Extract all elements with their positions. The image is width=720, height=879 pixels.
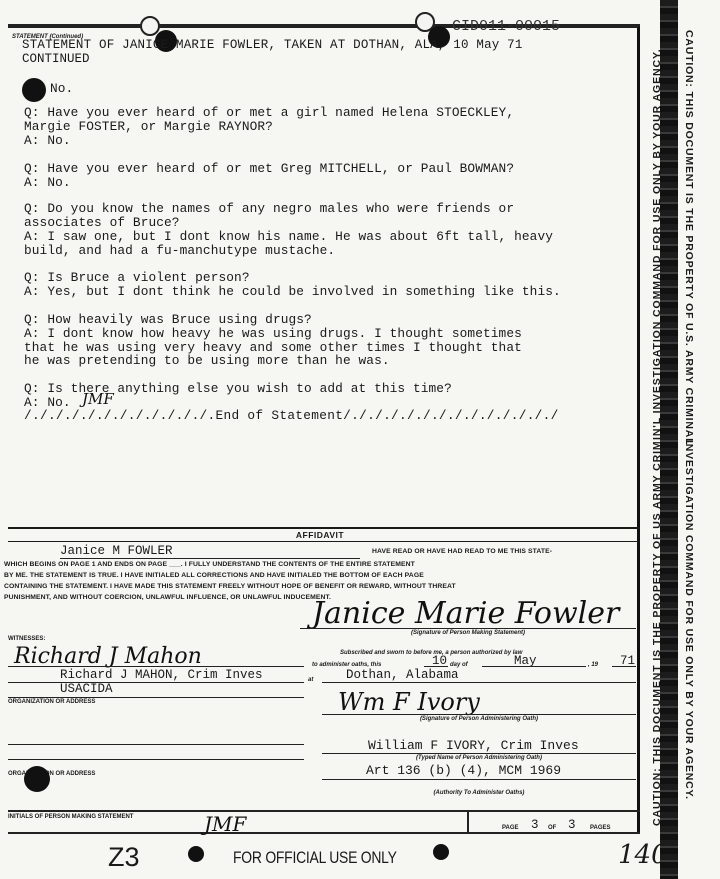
affidavit-text: HAVE READ OR HAVE HAD READ TO ME THIS ST… [372, 548, 552, 555]
org-label: ORGANIZATION OR ADDRESS [8, 699, 95, 705]
document-page: CID011-00015 STATEMENT (Continued) STATE… [0, 0, 720, 879]
org-label: ORGANIZATION OR ADDRESS [8, 771, 95, 777]
authority-value: Art 136 (b) (4), MCM 1969 [366, 763, 561, 778]
caution-text-left: IN'L INVESTIGATION COMMAND FOR USE ONLY … [651, 48, 663, 440]
at-label: at [308, 677, 313, 683]
question-text: Q: Is Bruce a violent person? [24, 271, 250, 285]
signature-line [300, 628, 636, 629]
punch-hole-icon [433, 844, 449, 860]
witness-line [8, 682, 304, 683]
year-line [612, 666, 636, 667]
org-line [8, 697, 304, 698]
affidavit-text: CONTAINING THE STATEMENT. I HAVE MADE TH… [4, 583, 456, 590]
signature-line [322, 714, 636, 715]
answer-text: A: No. [24, 134, 71, 148]
place-line [322, 682, 636, 683]
page-number: 3 [531, 818, 539, 832]
answer-text: A: I dont know how heavy he was using dr… [24, 327, 522, 368]
affidavit-text: BY ME. THE STATEMENT IS TRUE. I HAVE INI… [4, 572, 424, 579]
end-of-statement: /./././././././././././.End of Statement… [24, 408, 559, 423]
question-text: Q: Have you ever heard of or met Greg MI… [24, 162, 514, 176]
authority-label: (Authority To Administer Oaths) [322, 790, 636, 796]
typed-name-line [322, 753, 636, 754]
question-text: Q: How heavily was Bruce using drugs? [24, 313, 312, 327]
answer-text: A: No. [24, 176, 71, 190]
caution-text-right: INVESTIGATION COMMAND FOR USE ONLY BY YO… [683, 440, 695, 800]
document-id: CID011-00015 [452, 18, 560, 35]
page-of-label: OF [548, 825, 556, 831]
witness-line [8, 666, 304, 667]
affidavit-text: PUNISHMENT, AND WITHOUT COERCION, UNLAWF… [4, 594, 331, 601]
year-label: , 19 [588, 662, 598, 668]
administrator-signature: Wm F Ivory [338, 688, 480, 716]
witnesses-label: WITNESSES: [8, 636, 45, 642]
page-total: 3 [568, 818, 576, 832]
exhibit-number: Z3 [108, 842, 140, 873]
initials-signature: JMF [204, 812, 246, 836]
question-text: Q: Do you know the names of any negro ma… [24, 202, 514, 229]
answer-text: A: I saw one, but I dont know his name. … [24, 230, 553, 257]
typed-name-label: (Typed Name of Person Administering Oath… [322, 755, 636, 761]
affidavit-rule [8, 527, 640, 529]
official-use-label: FOR OFFICIAL USE ONLY [233, 848, 397, 868]
answer-text: A: Yes, but I dont think he could be inv… [24, 285, 561, 299]
form-frame [8, 26, 640, 834]
initials-label: INITIALS OF PERSON MAKING STATEMENT [8, 814, 133, 820]
month-line [482, 666, 586, 667]
witness-org: USACIDA [60, 682, 113, 696]
witness-name: Richard J MAHON, Crim Inves [60, 668, 263, 682]
affidavit-text: WHICH BEGINS ON PAGE 1 AND ENDS ON PAGE … [4, 561, 415, 568]
sworn-place: Dothan, Alabama [346, 668, 459, 682]
administrator-name: William F IVORY, Crim Inves [368, 738, 579, 753]
initials-divider [467, 810, 469, 834]
admin-signature-label: (Signature of Person Administering Oath) [322, 716, 636, 722]
answer-text: No. [50, 82, 73, 96]
affidavit-title: AFFIDAVIT [0, 530, 640, 540]
affiant-signature: Janice Marie Fowler [312, 596, 619, 631]
page-label: PAGE [502, 825, 519, 831]
initials-signature: JMF [82, 390, 114, 408]
affiant-name: Janice M FOWLER [60, 544, 360, 559]
signature-label: (Signature of Person Making Statement) [300, 630, 636, 636]
punch-hole-icon [22, 78, 46, 102]
continued-label: CONTINUED [22, 52, 90, 66]
caution-text-left: CAUTION: THIS DOCUMENT IS THE PROPERTY O… [651, 440, 663, 826]
caution-text-right: CAUTION: THIS DOCUMENT IS THE PROPERTY O… [683, 30, 695, 445]
punch-hole-icon [24, 766, 50, 792]
pages-label: PAGES [590, 825, 611, 831]
day-line [424, 666, 448, 667]
witness-line [8, 759, 304, 760]
punch-hole-icon [188, 846, 204, 862]
witness-line [8, 744, 304, 745]
affidavit-rule [8, 541, 640, 542]
statement-title: STATEMENT OF JANICE MARIE FOWLER, TAKEN … [22, 38, 523, 52]
question-text: Q: Have you ever heard of or met a girl … [24, 106, 514, 133]
authority-line [322, 779, 636, 780]
